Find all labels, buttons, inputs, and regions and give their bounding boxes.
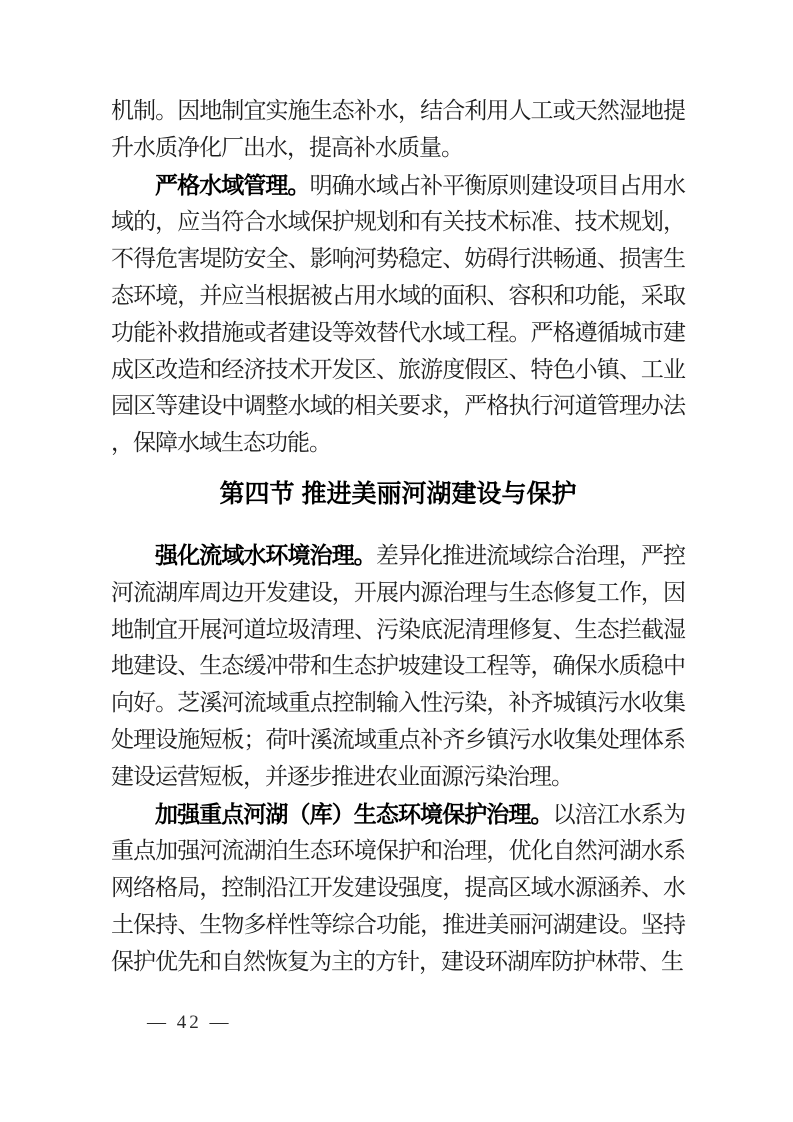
section-heading: 第四节 推进美丽河湖建设与保护	[111, 476, 685, 513]
document-content: 机制。因地制宜实施生态补水，结合利用人工或天然湿地提升水质净化厂出水，提高补水质…	[111, 93, 685, 981]
paragraph-text-run: 以涪江水系为重点加强河流湖泊生态环境保护和治理，优化自然河湖水系网络格局，控制沿…	[111, 802, 685, 974]
paragraph-lead-emphasis: 强化流域水环境治理。	[155, 542, 376, 568]
paragraph-lead-emphasis: 加强重点河湖（库）生态环境保护治理。	[155, 801, 553, 827]
paragraph: 强化流域水环境治理。差异化推进流域综合治理，严控河流湖库周边开发建设，开展内源治…	[111, 537, 685, 796]
paragraph-lead-emphasis: 严格水域管理。	[155, 172, 310, 198]
paragraph-text-run: 差异化推进流域综合治理，严控河流湖库周边开发建设，开展内源治理与生态修复工作，因…	[111, 543, 685, 789]
paragraph: 机制。因地制宜实施生态补水，结合利用人工或天然湿地提升水质净化厂出水，提高补水质…	[111, 93, 685, 167]
paragraph: 严格水域管理。明确水域占补平衡原则建设项目占用水域的，应当符合水域保护规划和有关…	[111, 167, 685, 462]
paragraph-text-run: 明确水域占补平衡原则建设项目占用水域的，应当符合水域保护规划和有关技术标准、技术…	[111, 173, 685, 456]
paragraph: 加强重点河湖（库）生态环境保护治理。以涪江水系为重点加强河流湖泊生态环境保护和治…	[111, 796, 685, 981]
page-number: — 42 —	[147, 1012, 232, 1034]
document-page: 机制。因地制宜实施生态补水，结合利用人工或天然湿地提升水质净化厂出水，提高补水质…	[0, 0, 793, 1122]
paragraph-text-run: 机制。因地制宜实施生态补水，结合利用人工或天然湿地提升水质净化厂出水，提高补水质…	[111, 98, 685, 160]
